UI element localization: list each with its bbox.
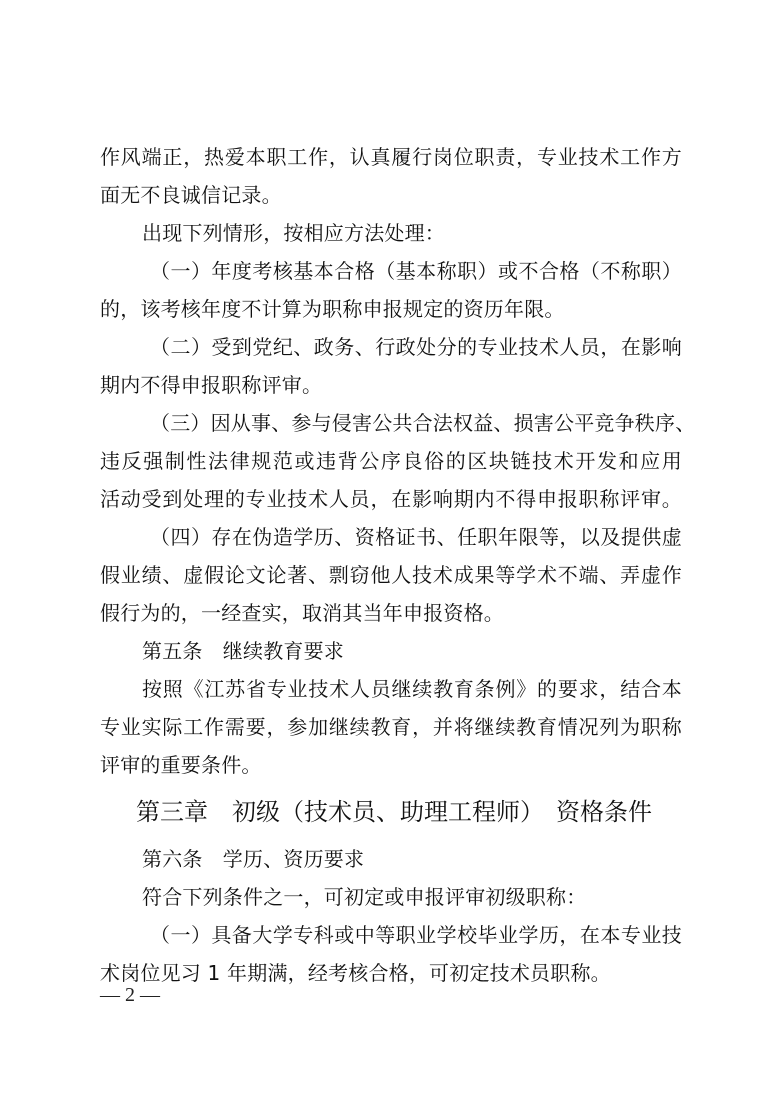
- list-item-line: （四）存在伪造学历、资格证书、任职年限等，以及提供虚: [100, 518, 682, 556]
- text-line: 出现下列情形，按相应方法处理：: [100, 214, 682, 252]
- list-item-line: （一）年度考核基本合格（基本称职）或不合格（不称职）: [100, 252, 682, 290]
- chapter-heading: 第三章 初级（技术员、助理工程师） 资格条件: [100, 784, 682, 840]
- list-item-line: （三）因从事、参与侵害公共合法权益、损害公平竞争秩序、: [100, 404, 682, 442]
- text-line: 活动受到处理的专业技术人员，在影响期内不得申报职称评审。: [100, 480, 682, 518]
- text-line: 假行为的，一经查实，取消其当年申报资格。: [100, 594, 682, 632]
- text-line: 专业实际工作需要，参加继续教育，并将继续教育情况列为职称: [100, 708, 682, 746]
- list-item-line: （一）具备大学专科或中等职业学校毕业学历，在本专业技: [100, 916, 682, 954]
- article-heading: 第五条 继续教育要求: [100, 632, 682, 670]
- text-line: 评审的重要条件。: [100, 746, 682, 784]
- text-line: 期内不得申报职称评审。: [100, 366, 682, 404]
- text-line: 假业绩、虚假论文论著、剽窃他人技术成果等学术不端、弄虚作: [100, 556, 682, 594]
- text-line: 的，该考核年度不计算为职称申报规定的资历年限。: [100, 290, 682, 328]
- text-line: 作风端正，热爱本职工作，认真履行岗位职责，专业技术工作方: [100, 138, 682, 176]
- list-item-line: （二）受到党纪、政务、行政处分的专业技术人员，在影响: [100, 328, 682, 366]
- text-line: 符合下列条件之一，可初定或申报评审初级职称：: [100, 878, 682, 916]
- document-page: 作风端正，热爱本职工作，认真履行岗位职责，专业技术工作方 面无不良诚信记录。 出…: [100, 138, 682, 992]
- page-number: — 2 —: [100, 984, 160, 1007]
- text-line: 按照《江苏省专业技术人员继续教育条例》的要求，结合本: [100, 670, 682, 708]
- text-line: 术岗位见习 1 年期满，经考核合格，可初定技术员职称。: [100, 954, 682, 992]
- article-heading: 第六条 学历、资历要求: [100, 840, 682, 878]
- text-line: 面无不良诚信记录。: [100, 176, 682, 214]
- text-line: 违反强制性法律规范或违背公序良俗的区块链技术开发和应用: [100, 442, 682, 480]
